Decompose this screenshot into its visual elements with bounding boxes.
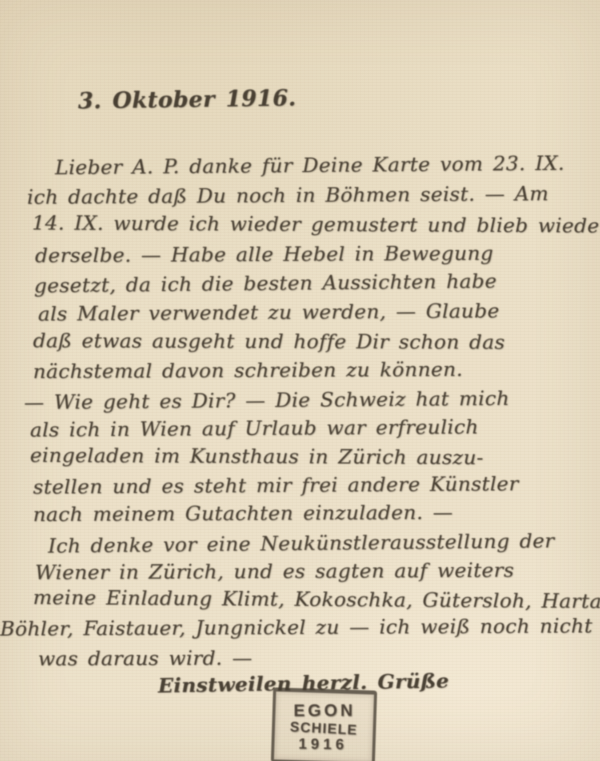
stamp-first-name: EGON <box>293 702 355 719</box>
letter-line-10: als ich in Wien auf Urlaub war erfreulic… <box>30 414 479 441</box>
letter-line-14: Ich denke vor eine Neukünstlerausstellun… <box>48 528 555 557</box>
letter-line-7: daß etwas ausgeht und hoffe Dir schon da… <box>33 328 505 354</box>
letter-line-2: ich dachte daß Du noch in Böhmen seist. … <box>27 181 549 209</box>
letter-page: 3. Oktober 1916. Lieber A. P. danke für … <box>0 0 600 761</box>
letter-line-18: was daraus wird. — <box>38 646 252 671</box>
stamp-last-name: SCHIELE <box>290 719 358 736</box>
letter-line-1: Lieber A. P. danke für Deine Karte vom 2… <box>55 151 565 179</box>
letter-line-5: gesetzt, da ich die besten Aussichten ha… <box>34 269 497 298</box>
letter-line-4: derselbe. — Habe alle Hebel in Bewegung <box>35 241 494 267</box>
letter-line-16: meine Einladung Klimt, Kokoschka, Güters… <box>33 585 600 613</box>
artist-signature-stamp: EGON SCHIELE 1916 <box>271 687 377 761</box>
letter-line-15: Wiener in Zürich, und es sagten auf weit… <box>35 558 514 585</box>
letter-date: 3. Oktober 1916. <box>78 85 297 114</box>
stamp-year: 1916 <box>299 737 349 753</box>
letter-line-13: nach meinem Gutachten einzuladen. — <box>33 500 453 526</box>
letter-line-3: 14. IX. wurde ich wieder gemustert und b… <box>32 210 600 237</box>
letter-line-6: als Maler verwendet zu werden, — Glaube <box>38 298 500 325</box>
letter-line-12: stellen und es steht mir frei andere Kün… <box>33 471 519 498</box>
letter-line-9: — Wie geht es Dir? — Die Schweiz hat mic… <box>24 386 510 414</box>
letter-line-8: nächstemal davon schreiben zu können. <box>33 357 463 383</box>
letter-line-17: Böhler, Faistauer, Jungnickel zu — ich w… <box>0 613 593 640</box>
letter-line-11: eingeladen im Kunsthaus in Zürich auszu- <box>30 443 484 469</box>
